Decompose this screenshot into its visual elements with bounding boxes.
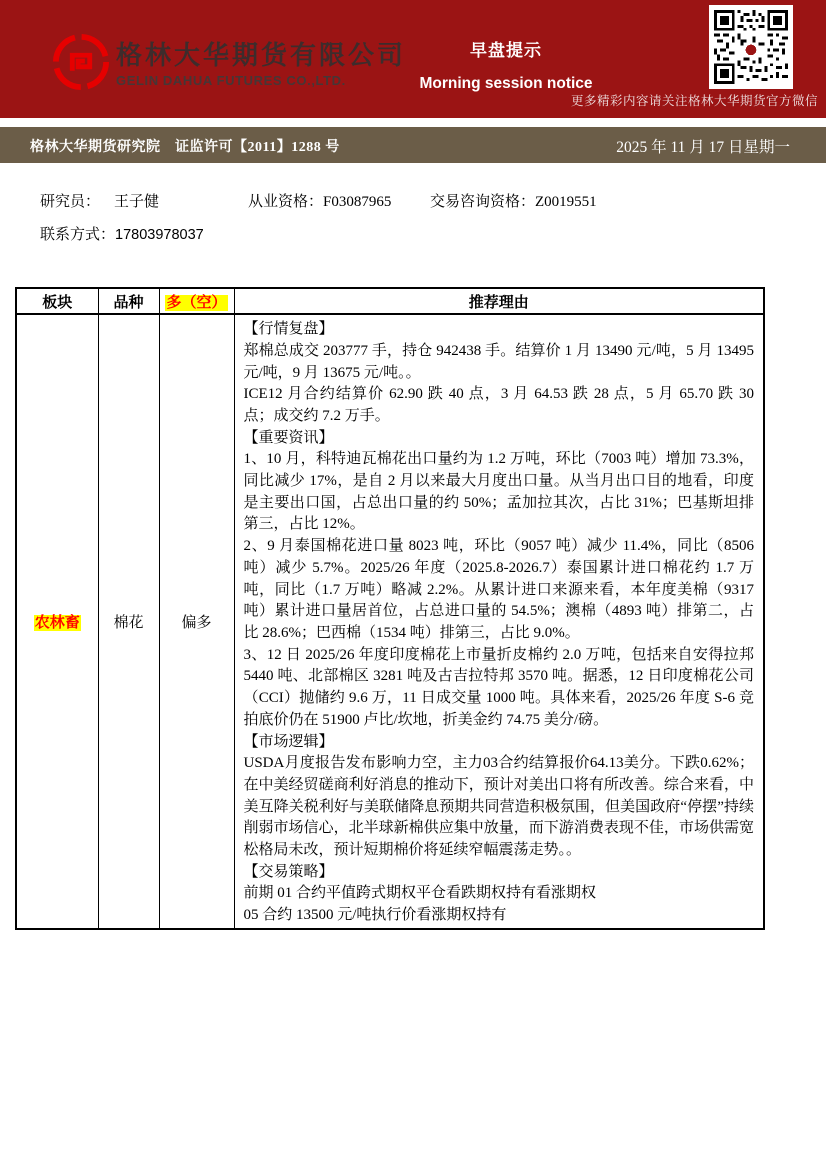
wechat-qr-code bbox=[709, 5, 793, 89]
researcher-cert-group: 从业资格：F03087965 bbox=[248, 190, 391, 211]
sector-badge: 农林畜 bbox=[34, 615, 81, 631]
reason-paragraph: USDA月度报告发布影响力空，主力03合约结算报价64.13美分。下跌0.62%… bbox=[244, 753, 755, 862]
reason-paragraph: 前期 01 合约平值跨式期权平仓看跌期权持有看涨期权 bbox=[244, 883, 755, 905]
sector-cell: 农林畜 bbox=[16, 314, 98, 929]
table-row: 农林畜 棉花 偏多 【行情复盘】郑棉总成交 203777 手，持仓 942438… bbox=[16, 314, 764, 929]
researcher-advisory-group: 交易咨询资格：Z0019551 bbox=[430, 190, 597, 211]
researcher-name: 王子健 bbox=[114, 194, 159, 210]
reason-paragraph: ICE12 月合约结算价 62.90 跌 40 点，3 月 64.53 跌 28… bbox=[244, 384, 755, 427]
contact-phone: 17803978037 bbox=[115, 227, 204, 243]
report-date: 2025 年 11 月 17 日星期一 bbox=[616, 135, 790, 157]
col-header-variety: 品种 bbox=[98, 288, 159, 314]
reason-paragraph: 05 合约 13500 元/吨执行价看涨期权持有 bbox=[244, 905, 755, 927]
researcher-contact-group: 联系方式：17803978037 bbox=[40, 223, 204, 244]
header-band: 格林大华期货有限公司 GELIN DAHUA FUTURES CO.,LTD. … bbox=[0, 0, 826, 118]
researcher-name-label: 研究员： bbox=[40, 194, 100, 210]
company-name-cn: 格林大华期货有限公司 bbox=[116, 41, 406, 69]
reason-paragraph: 1、10 月，科特迪瓦棉花出口量约为 1.2 万吨，环比（7003 吨）增加 7… bbox=[244, 449, 755, 536]
reason-paragraph: 郑棉总成交 203777 手，持仓 942438 手。结算价 1 月 13490… bbox=[244, 341, 755, 384]
recommendation-table: 板块 品种 多（空） 推荐理由 农林畜 棉花 偏多 【行情复盘】郑棉总成交 20… bbox=[15, 287, 765, 930]
company-logo-icon bbox=[52, 33, 110, 91]
reason-paragraph: 3、12 日 2025/26 年度印度棉花上市量折皮棉约 2.0 万吨，包括来自… bbox=[244, 645, 755, 732]
bias-cell: 偏多 bbox=[159, 314, 234, 929]
col-header-bias: 多（空） bbox=[159, 288, 234, 314]
table-header-row: 板块 品种 多（空） 推荐理由 bbox=[16, 288, 764, 314]
variety-cell: 棉花 bbox=[98, 314, 159, 929]
col-header-sector: 板块 bbox=[16, 288, 98, 314]
company-name-en: GELIN DAHUA FUTURES CO.,LTD. bbox=[116, 73, 406, 88]
company-name-block: 格林大华期货有限公司 GELIN DAHUA FUTURES CO.,LTD. bbox=[116, 41, 406, 88]
cert-number: F03087965 bbox=[323, 194, 391, 210]
cert-label: 从业资格： bbox=[248, 194, 323, 210]
reason-paragraph: 【重要资讯】 bbox=[244, 428, 755, 450]
wechat-note: 更多精彩内容请关注格林大华期货官方微信 bbox=[571, 91, 818, 109]
notice-title-cn: 早盘提示 bbox=[388, 36, 624, 61]
morning-notice-page: 格林大华期货有限公司 GELIN DAHUA FUTURES CO.,LTD. … bbox=[0, 0, 826, 1169]
reason-paragraph: 【市场逻辑】 bbox=[244, 732, 755, 754]
notice-title-block: 早盘提示 Morning session notice bbox=[388, 36, 624, 93]
contact-label: 联系方式： bbox=[40, 227, 115, 243]
bias-header-highlight: 多（空） bbox=[165, 295, 227, 311]
reason-paragraph: 【交易策略】 bbox=[244, 862, 755, 884]
institute-license: 格林大华期货研究院 证监许可【2011】1288 号 bbox=[30, 136, 340, 156]
reason-paragraph: 【行情复盘】 bbox=[244, 319, 755, 341]
reason-paragraph: 2、9 月泰国棉花进口量 8023 吨，环比（9057 吨）减少 11.4%，同… bbox=[244, 536, 755, 645]
advisory-number: Z0019551 bbox=[535, 194, 597, 210]
reason-cell: 【行情复盘】郑棉总成交 203777 手，持仓 942438 手。结算价 1 月… bbox=[234, 314, 764, 929]
researcher-name-group: 研究员：王子健 bbox=[40, 190, 159, 211]
advisory-label: 交易咨询资格： bbox=[430, 194, 535, 210]
info-bar: 格林大华期货研究院 证监许可【2011】1288 号 2025 年 11 月 1… bbox=[0, 127, 826, 163]
col-header-reason: 推荐理由 bbox=[234, 288, 764, 314]
